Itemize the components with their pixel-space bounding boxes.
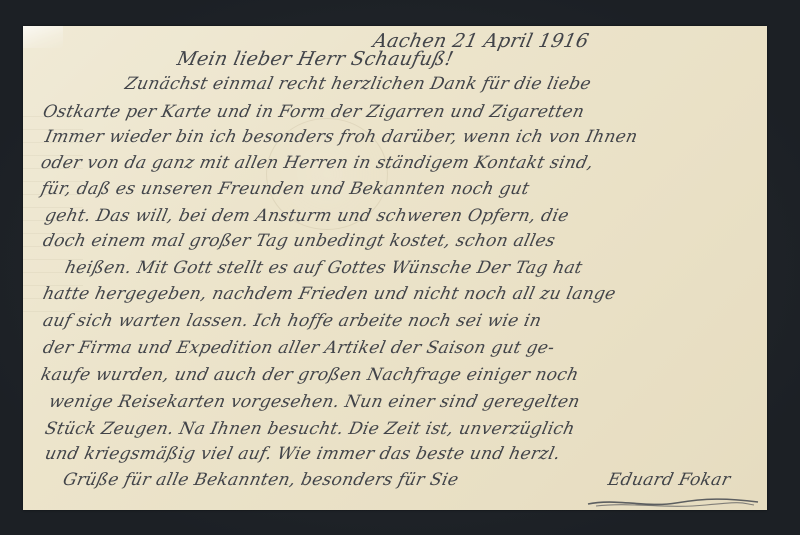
postcard: Aachen 21 April 1916 Mein lieber Herr Sc… bbox=[23, 26, 767, 510]
corner-crease bbox=[23, 26, 63, 48]
body-line: und kriegsmäßig viel auf. Wie immer das … bbox=[43, 444, 562, 464]
body-line: wenige Reisekarten vorgesehen. Nun einer… bbox=[47, 392, 582, 412]
body-line: doch einem mal großer Tag unbedingt kost… bbox=[41, 231, 557, 251]
body-line: für, daß es unseren Freunden und Bekannt… bbox=[39, 179, 531, 199]
body-line: kaufe wurden, und auch der großen Nachfr… bbox=[39, 365, 581, 385]
body-line: Ostkarte per Karte und in Form der Zigar… bbox=[41, 102, 586, 122]
body-line: der Firma und Expedition aller Artikel d… bbox=[41, 338, 556, 358]
body-line: auf sich warten lassen. Ich hoffe arbeit… bbox=[41, 311, 543, 331]
signature-flourish bbox=[586, 496, 761, 510]
body-line: geht. Das will, bei dem Ansturm und schw… bbox=[43, 206, 571, 226]
body-line: Immer wieder bin ich besonders froh darü… bbox=[43, 127, 639, 147]
body-line: oder von da ganz mit allen Herren in stä… bbox=[39, 153, 595, 173]
body-line: Stück Zeugen. Na Ihnen besucht. Die Zeit… bbox=[43, 419, 577, 439]
signature: Eduard Fokar bbox=[606, 470, 732, 490]
body-line: Grüße für alle Bekannten, besonders für … bbox=[61, 470, 460, 490]
body-line: heißen. Mit Gott stellt es auf Gottes Wü… bbox=[63, 258, 584, 278]
salutation: Mein lieber Herr Schaufuß! bbox=[175, 48, 456, 70]
body-line: hatte hergegeben, nachdem Frieden und ni… bbox=[41, 284, 618, 304]
body-line: Zunächst einmal recht herzlichen Dank fü… bbox=[123, 74, 593, 94]
